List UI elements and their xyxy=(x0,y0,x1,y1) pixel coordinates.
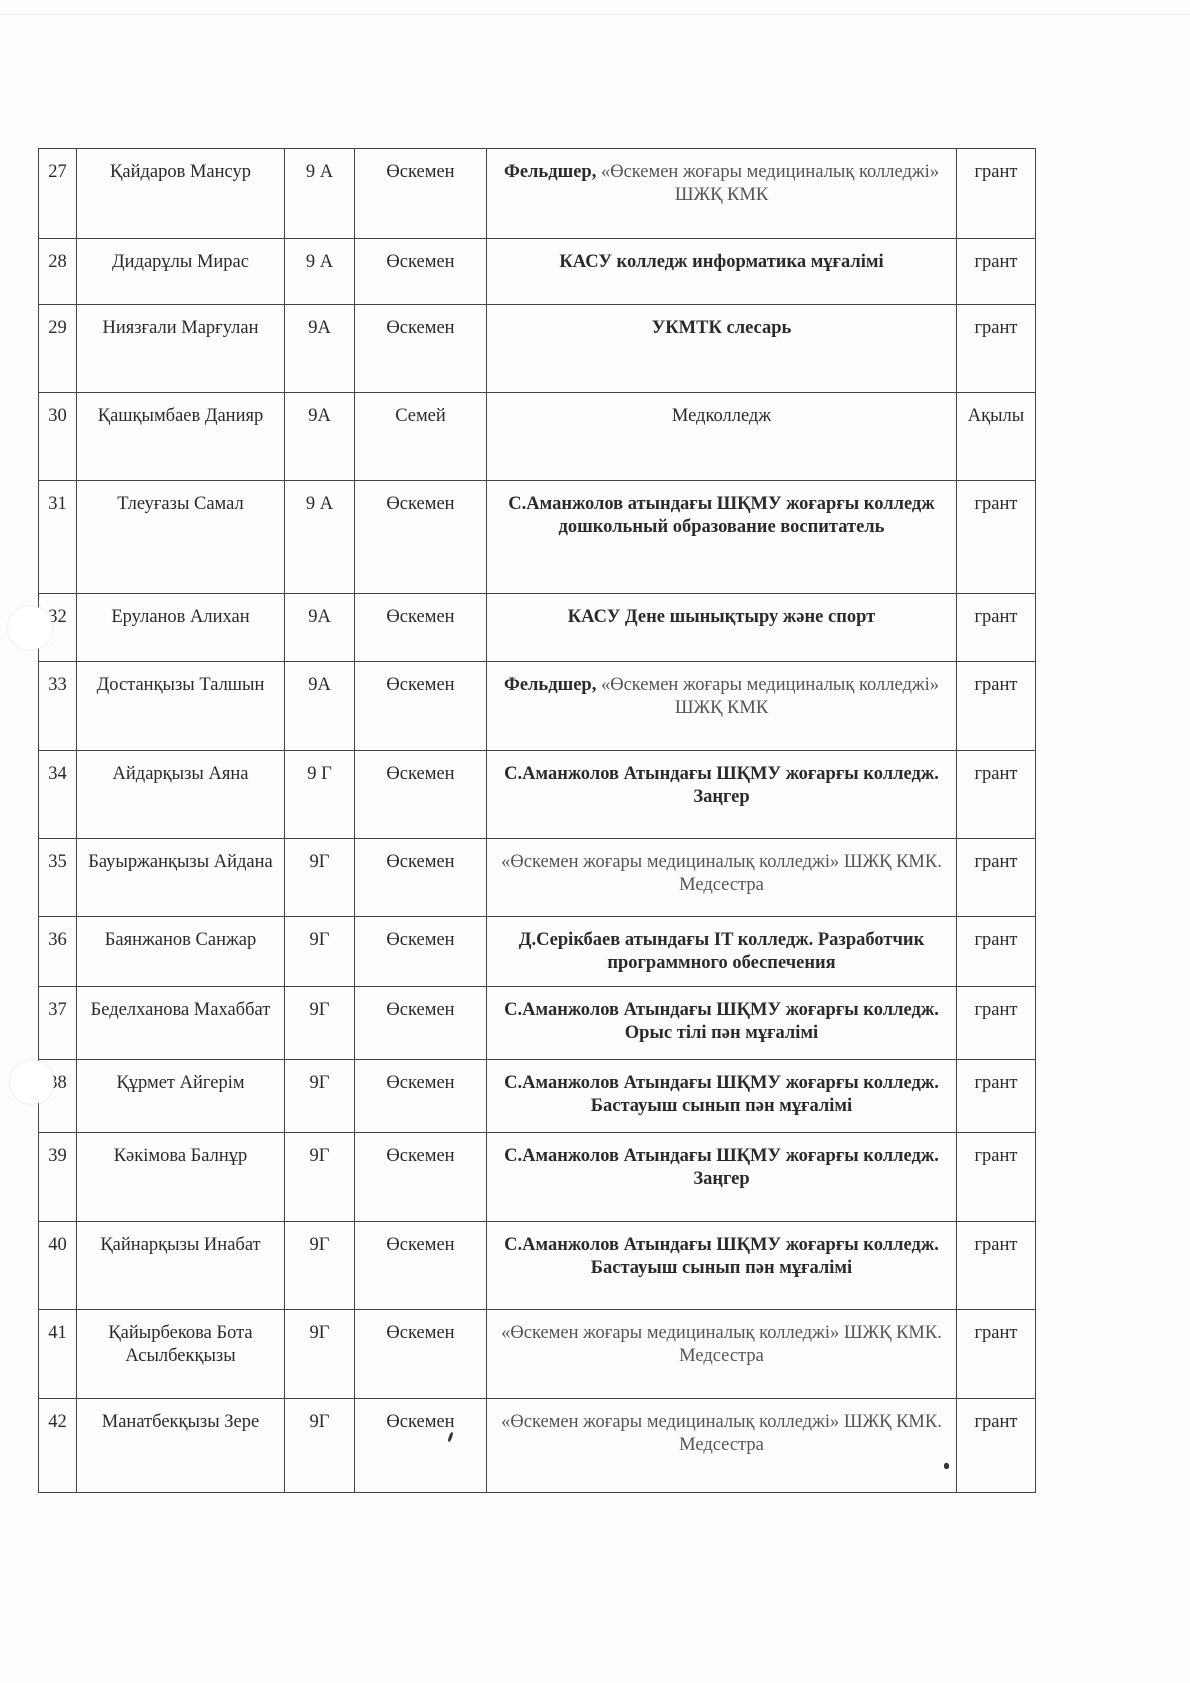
funding-type: Ақылы xyxy=(957,393,1036,481)
city: Өскемен xyxy=(355,305,487,393)
student-name: Қайырбекова Бота Асылбекқызы xyxy=(77,1310,285,1399)
table-row: 27Қайдаров Мансур9 АӨскеменФельдшер, «Өс… xyxy=(39,149,1036,239)
institution-name: «Өскемен жоғары медициналық колледжі» ШЖ… xyxy=(501,852,942,895)
funding-type: грант xyxy=(957,839,1036,917)
institution: Фельдшер, «Өскемен жоғары медициналық ко… xyxy=(487,149,957,239)
class-name: 9А xyxy=(285,393,355,481)
row-number: 30 xyxy=(39,393,77,481)
institution: С.Аманжолов Атындағы ШҚМУ жоғарғы коллед… xyxy=(487,1222,957,1310)
row-number: 31 xyxy=(39,481,77,594)
city: Өскемен xyxy=(355,751,487,839)
funding-type: грант xyxy=(957,305,1036,393)
punch-hole-bottom xyxy=(10,1060,54,1104)
class-name: 9Г xyxy=(285,1310,355,1399)
row-number: 39 xyxy=(39,1133,77,1222)
class-name: 9А xyxy=(285,662,355,751)
institution: «Өскемен жоғары медициналық колледжі» ШЖ… xyxy=(487,1310,957,1399)
class-name: 9 А xyxy=(285,149,355,239)
table-row: 28Дидарұлы Мирас9 АӨскеменКАСУ колледж и… xyxy=(39,239,1036,305)
table-row: 31Тлеуғазы Самал9 АӨскеменС.Аманжолов ат… xyxy=(39,481,1036,594)
student-name: Қайдаров Мансур xyxy=(77,149,285,239)
row-number: 27 xyxy=(39,149,77,239)
institution-name: «Өскемен жоғары медициналық колледжі» ШЖ… xyxy=(501,1412,942,1455)
student-name: Қайнарқызы Инабат xyxy=(77,1222,285,1310)
institution-name: УКМТК слесарь xyxy=(652,318,792,338)
funding-type: грант xyxy=(957,594,1036,662)
city: Өскемен xyxy=(355,594,487,662)
graduates-table: 27Қайдаров Мансур9 АӨскеменФельдшер, «Өс… xyxy=(38,148,1036,1493)
institution-name: Медколледж xyxy=(672,406,771,426)
city: Өскемен xyxy=(355,1133,487,1222)
student-name: Ниязғали Марғулан xyxy=(77,305,285,393)
class-name: 9Г xyxy=(285,839,355,917)
institution-name: Д.Серікбаев атындағы IT колледж. Разрабо… xyxy=(519,930,925,973)
student-name: Кәкімова Балнұр xyxy=(77,1133,285,1222)
institution-name: КАСУ колледж информатика мұғалімі xyxy=(559,252,883,272)
table-row: 36Баянжанов Санжар9ГӨскеменД.Серікбаев а… xyxy=(39,917,1036,987)
row-number: 33 xyxy=(39,662,77,751)
city: Өскемен xyxy=(355,662,487,751)
row-number: 41 xyxy=(39,1310,77,1399)
student-name: Тлеуғазы Самал xyxy=(77,481,285,594)
funding-type: грант xyxy=(957,1310,1036,1399)
student-name: Құрмет Айгерім xyxy=(77,1060,285,1133)
table-row: 40Қайнарқызы Инабат9ГӨскеменС.Аманжолов … xyxy=(39,1222,1036,1310)
city: Өскемен xyxy=(355,1310,487,1399)
student-name: Беделханова Махаббат xyxy=(77,987,285,1060)
institution: С.Аманжолов Атындағы ШҚМУ жоғарғы коллед… xyxy=(487,1060,957,1133)
student-name: Достанқызы Талшын xyxy=(77,662,285,751)
institution-name: С.Аманжолов Атындағы ШҚМУ жоғарғы коллед… xyxy=(504,764,939,807)
city: Өскемен xyxy=(355,481,487,594)
row-number: 34 xyxy=(39,751,77,839)
row-number: 42 xyxy=(39,1399,77,1493)
student-name: Айдарқызы Аяна xyxy=(77,751,285,839)
table-row: 29Ниязғали Марғулан9АӨскеменУКМТК слесар… xyxy=(39,305,1036,393)
student-name: Бауыржанқызы Айдана xyxy=(77,839,285,917)
city: Өскемен xyxy=(355,987,487,1060)
table-row: 37Беделханова Махаббат9ГӨскеменС.Аманжол… xyxy=(39,987,1036,1060)
row-number: 36 xyxy=(39,917,77,987)
class-name: 9 Г xyxy=(285,751,355,839)
city: Өскемен xyxy=(355,1060,487,1133)
funding-type: грант xyxy=(957,751,1036,839)
class-name: 9Г xyxy=(285,1222,355,1310)
institution-name: «Өскемен жоғары медициналық колледжі» ШЖ… xyxy=(601,162,939,205)
class-name: 9 А xyxy=(285,481,355,594)
institution-name: С.Аманжолов Атындағы ШҚМУ жоғарғы коллед… xyxy=(504,1146,939,1189)
table-row: 33Достанқызы Талшын9АӨскеменФельдшер, «Ө… xyxy=(39,662,1036,751)
city: Өскемен xyxy=(355,239,487,305)
city: Семей xyxy=(355,393,487,481)
institution-name: С.Аманжолов Атындағы ШҚМУ жоғарғы коллед… xyxy=(504,1235,939,1278)
table-row: 34Айдарқызы Аяна9 ГӨскеменС.Аманжолов Ат… xyxy=(39,751,1036,839)
institution: С.Аманжолов атындағы ШҚМУ жоғарғы коллед… xyxy=(487,481,957,594)
institution-specialty: Фельдшер, xyxy=(504,162,596,182)
institution: Д.Серікбаев атындағы IT колледж. Разрабо… xyxy=(487,917,957,987)
class-name: 9Г xyxy=(285,1133,355,1222)
funding-type: грант xyxy=(957,239,1036,305)
table-row: 38Құрмет Айгерім9ГӨскеменС.Аманжолов Аты… xyxy=(39,1060,1036,1133)
institution: «Өскемен жоғары медициналық колледжі» ШЖ… xyxy=(487,839,957,917)
row-number: 29 xyxy=(39,305,77,393)
table-row: 32Еруланов Алихан9АӨскеменКАСУ Дене шыны… xyxy=(39,594,1036,662)
institution: КАСУ колледж информатика мұғалімі xyxy=(487,239,957,305)
institution: С.Аманжолов Атындағы ШҚМУ жоғарғы коллед… xyxy=(487,987,957,1060)
city: Өскемен xyxy=(355,1399,487,1493)
funding-type: грант xyxy=(957,987,1036,1060)
funding-type: грант xyxy=(957,662,1036,751)
table-row: 35Бауыржанқызы Айдана9ГӨскемен«Өскемен ж… xyxy=(39,839,1036,917)
row-number: 40 xyxy=(39,1222,77,1310)
student-name: Манатбекқызы Зере xyxy=(77,1399,285,1493)
row-number: 28 xyxy=(39,239,77,305)
student-name: Дидарұлы Мирас xyxy=(77,239,285,305)
student-name: Қашқымбаев Данияр xyxy=(77,393,285,481)
institution: КАСУ Дене шынықтыру және спорт xyxy=(487,594,957,662)
class-name: 9А xyxy=(285,594,355,662)
institution-specialty: Фельдшер, xyxy=(504,675,596,695)
class-name: 9 А xyxy=(285,239,355,305)
institution: Медколледж xyxy=(487,393,957,481)
table-row: 41Қайырбекова Бота Асылбекқызы9ГӨскемен«… xyxy=(39,1310,1036,1399)
institution: С.Аманжолов Атындағы ШҚМУ жоғарғы коллед… xyxy=(487,751,957,839)
class-name: 9Г xyxy=(285,917,355,987)
scan-edge xyxy=(0,0,1190,15)
institution: УКМТК слесарь xyxy=(487,305,957,393)
funding-type: грант xyxy=(957,149,1036,239)
institution-name: С.Аманжолов Атындағы ШҚМУ жоғарғы коллед… xyxy=(504,1000,939,1043)
graduates-table-body: 27Қайдаров Мансур9 АӨскеменФельдшер, «Өс… xyxy=(39,149,1036,1493)
ink-mark xyxy=(944,1463,949,1469)
punch-hole-top xyxy=(8,606,52,650)
table-row: 30Қашқымбаев Данияр9АСемейМедколледжАқыл… xyxy=(39,393,1036,481)
table-row: 39Кәкімова Балнұр9ГӨскеменС.Аманжолов Ат… xyxy=(39,1133,1036,1222)
institution-name: С.Аманжолов Атындағы ШҚМУ жоғарғы коллед… xyxy=(504,1073,939,1116)
class-name: 9Г xyxy=(285,1060,355,1133)
class-name: 9Г xyxy=(285,987,355,1060)
institution-name: КАСУ Дене шынықтыру және спорт xyxy=(568,607,875,627)
funding-type: грант xyxy=(957,1060,1036,1133)
institution: С.Аманжолов Атындағы ШҚМУ жоғарғы коллед… xyxy=(487,1133,957,1222)
institution: «Өскемен жоғары медициналық колледжі» ШЖ… xyxy=(487,1399,957,1493)
institution: Фельдшер, «Өскемен жоғары медициналық ко… xyxy=(487,662,957,751)
row-number: 35 xyxy=(39,839,77,917)
city: Өскемен xyxy=(355,917,487,987)
student-name: Баянжанов Санжар xyxy=(77,917,285,987)
class-name: 9А xyxy=(285,305,355,393)
funding-type: грант xyxy=(957,1399,1036,1493)
funding-type: грант xyxy=(957,481,1036,594)
city: Өскемен xyxy=(355,1222,487,1310)
institution-name: «Өскемен жоғары медициналық колледжі» ШЖ… xyxy=(501,1323,942,1366)
student-name: Еруланов Алихан xyxy=(77,594,285,662)
class-name: 9Г xyxy=(285,1399,355,1493)
funding-type: грант xyxy=(957,917,1036,987)
institution-name: «Өскемен жоғары медициналық колледжі» ШЖ… xyxy=(601,675,939,718)
city: Өскемен xyxy=(355,149,487,239)
row-number: 37 xyxy=(39,987,77,1060)
funding-type: грант xyxy=(957,1222,1036,1310)
funding-type: грант xyxy=(957,1133,1036,1222)
institution-name: С.Аманжолов атындағы ШҚМУ жоғарғы коллед… xyxy=(508,494,934,537)
city: Өскемен xyxy=(355,839,487,917)
table-row: 42Манатбекқызы Зере9ГӨскемен«Өскемен жоғ… xyxy=(39,1399,1036,1493)
